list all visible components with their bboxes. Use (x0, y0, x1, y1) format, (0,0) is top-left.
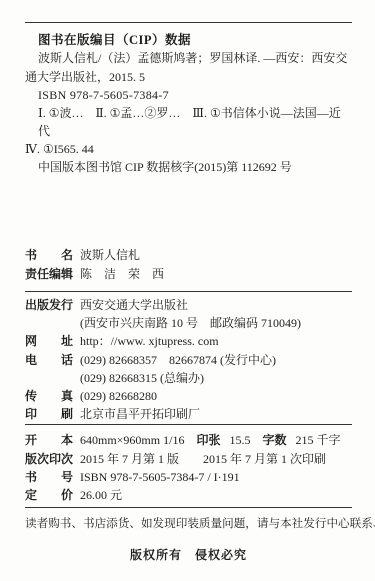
edition-row: 版次印次 2015 年 7 月第 1 版 2015 年 7 月第 1 次印刷 (25, 450, 352, 468)
cip-isbn: ISBN 978-7-5605-7384-7 (25, 86, 352, 104)
publisher-row: 出版发行 西安交通大学出版社 (25, 296, 352, 314)
fax-label: 传真 (25, 387, 73, 405)
fax-value: (029) 82668280 (80, 387, 352, 405)
book-title-value: 波斯人信札 (80, 246, 352, 265)
price-label: 定价 (25, 486, 73, 504)
printer-label: 印刷 (25, 405, 73, 423)
cip-section: 图书在版编目（CIP）数据 波斯人信札/（法）孟德斯鸠著；罗国林译. —西安：西… (25, 31, 352, 176)
cip-record-number: 中国版本图书馆 CIP 数据核字(2015)第 112692 号 (25, 158, 352, 176)
divider-print-top (25, 424, 352, 425)
copyright-notice: 版权所有 侵权必究 (25, 546, 352, 564)
format-label: 开本 (25, 431, 73, 449)
website-row: 网址 http：//www. xjtupress. com (25, 332, 352, 350)
divider-footer-top (25, 507, 352, 508)
price-value: 26.00 元 (80, 486, 352, 504)
publisher-value: 西安交通大学出版社 (80, 296, 352, 314)
printer-row: 印刷 北京市昌平开拓印刷厂 (25, 405, 352, 423)
editor-names: 陈 洁 荣 西 (80, 265, 352, 284)
phone-label: 电话 (25, 351, 73, 369)
phone2-value: (029) 82668315 (总编办) (80, 369, 352, 387)
divider-top (25, 22, 352, 23)
phone-row: 电话 (029) 82668357 82667874 (发行中心) (25, 351, 352, 369)
print-spec-block: 开本 640mm×960mm 1/16 印张 15.5 字数 215 千字 版次… (25, 431, 352, 504)
book-number-value: ISBN 978-7-5605-7384-7 / I·191 (80, 468, 352, 486)
cip-classification-line2: Ⅳ. ①I565. 44 (25, 140, 352, 158)
printer-value: 北京市昌平开拓印刷厂 (80, 405, 352, 423)
website-label: 网址 (25, 332, 73, 350)
website-value: http：//www. xjtupress. com (80, 332, 352, 350)
edition-value: 2015 年 7 月第 1 版 2015 年 7 月第 1 次印刷 (80, 450, 352, 468)
editor-row: 责任编辑 陈 洁 荣 西 (25, 265, 352, 284)
title-block: 书名 波斯人信札 责任编辑 陈 洁 荣 西 (25, 246, 352, 283)
publisher-address-label (25, 314, 73, 332)
reader-note: 读者购书、书店添货、如发现印装质量问题，请与本社发行中心联系、调换。 (25, 515, 352, 533)
divider-publisher-top (25, 291, 352, 292)
price-row: 定价 26.00 元 (25, 486, 352, 504)
book-number-row: 书号 ISBN 978-7-5605-7384-7 / I·191 (25, 468, 352, 486)
words-label: 字数 (262, 431, 286, 449)
book-title-label: 书名 (25, 246, 73, 265)
edition-label: 版次印次 (25, 450, 73, 468)
editor-label: 责任编辑 (25, 265, 73, 284)
publisher-label: 出版发行 (25, 296, 73, 314)
phone2-label (25, 369, 73, 387)
publisher-address-value: (西安市兴庆南路 10 号 邮政编码 710049) (80, 314, 352, 332)
book-number-label: 书号 (25, 468, 73, 486)
cip-classification-line1: Ⅰ. ①波… Ⅱ. ①孟…②罗… Ⅲ. ①书信体小说—法国—近代 (25, 104, 352, 140)
book-title-row: 书名 波斯人信札 (25, 246, 352, 265)
sheets-label: 印张 (196, 431, 220, 449)
cip-heading: 图书在版编目（CIP）数据 (38, 31, 352, 49)
format-row: 开本 640mm×960mm 1/16 印张 15.5 字数 215 千字 (25, 431, 352, 449)
copyright-page: 图书在版编目（CIP）数据 波斯人信札/（法）孟德斯鸠著；罗国林译. —西安：西… (0, 0, 375, 581)
format-value: 640mm×960mm 1/16 (80, 431, 184, 449)
phone2-row: (029) 82668315 (总编办) (25, 369, 352, 387)
publisher-address-row: (西安市兴庆南路 10 号 邮政编码 710049) (25, 314, 352, 332)
fax-row: 传真 (029) 82668280 (25, 387, 352, 405)
sheets-value: 15.5 (229, 431, 250, 449)
cip-description: 波斯人信札/（法）孟德斯鸠著；罗国林译. —西安：西安交通大学出版社，2015.… (25, 49, 352, 86)
publisher-block: 出版发行 西安交通大学出版社 (西安市兴庆南路 10 号 邮政编码 710049… (25, 296, 352, 423)
words-value: 215 千字 (295, 431, 340, 449)
phone-value: (029) 82668357 82667874 (发行中心) (80, 351, 352, 369)
